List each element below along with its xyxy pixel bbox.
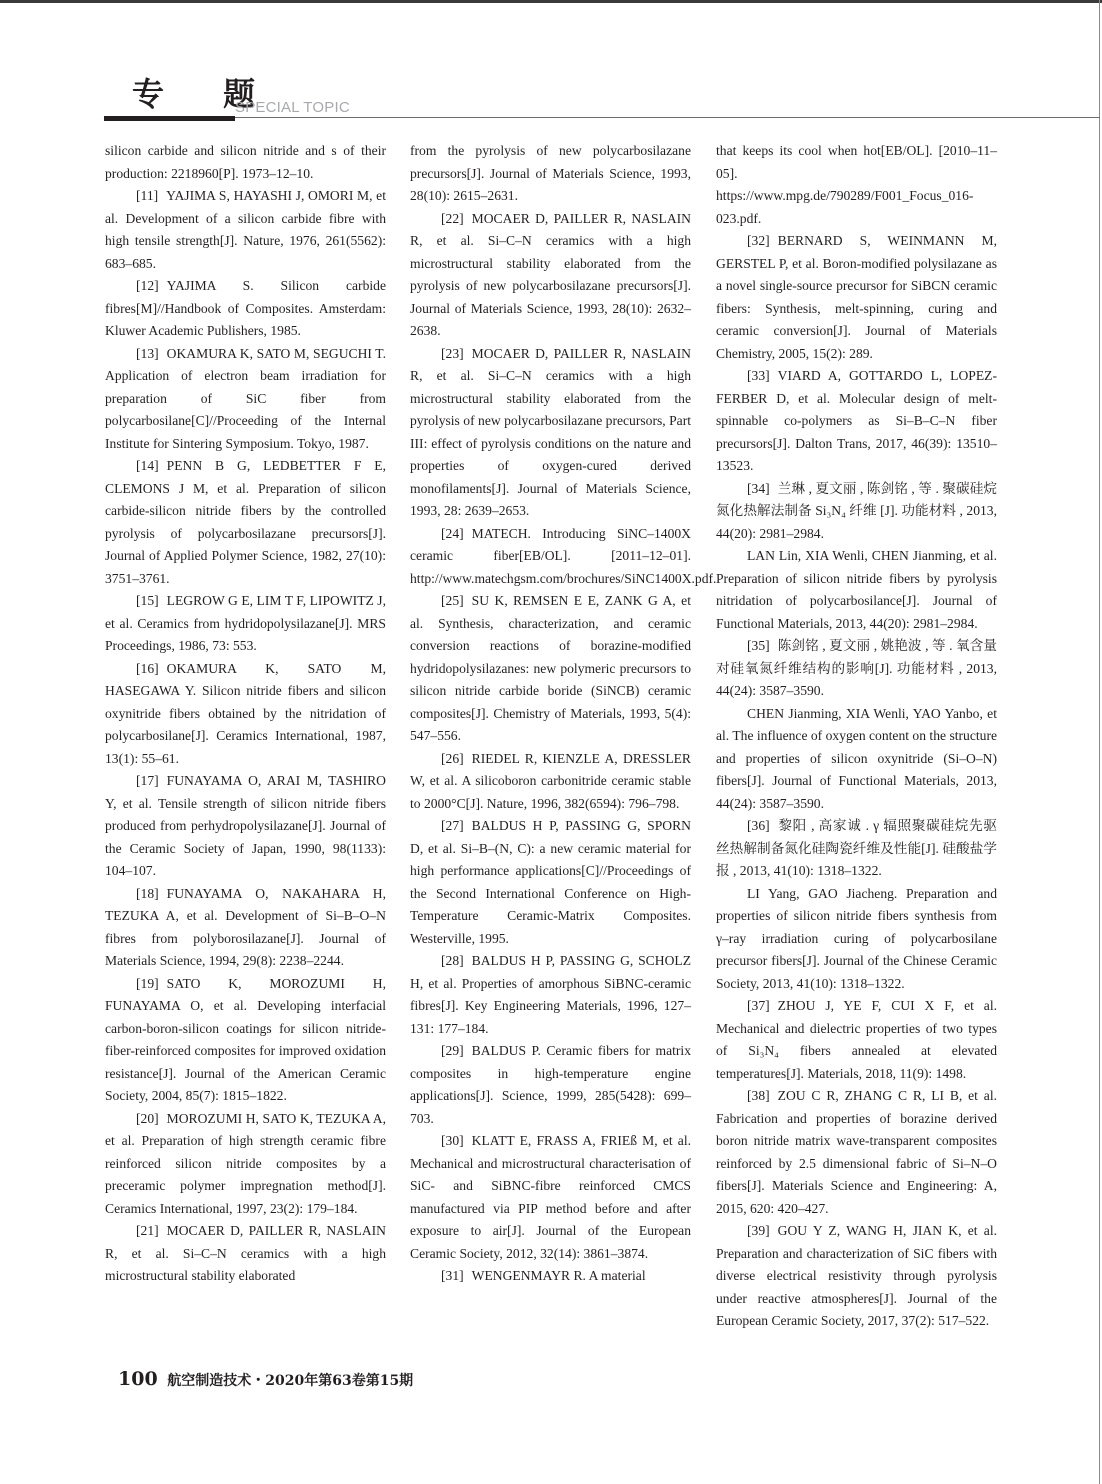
reference-body: MOCAER D, PAILLER R, NASLAIN R, et al. S…: [410, 211, 691, 339]
reference-number: [21]: [136, 1223, 159, 1238]
reference-number: [16]: [136, 661, 159, 676]
reference-text: LI Yang, GAO Jiacheng. Preparation and p…: [716, 883, 997, 996]
reference-number: [39]: [747, 1223, 770, 1238]
reference-body: BERNARD S, WEINMANN M, GERSTEL P, et al.…: [716, 233, 997, 361]
reference-number: [22]: [441, 211, 464, 226]
reference-number: [38]: [747, 1088, 770, 1103]
reference-number: [11]: [136, 188, 158, 203]
reference-body: LI Yang, GAO Jiacheng. Preparation and p…: [716, 886, 997, 991]
journal-issue: 航空制造技术・2020年第63卷第15期: [167, 1373, 413, 1389]
reference-body: OKAMURA K, SATO M, SEGUCHI T. Applicatio…: [105, 346, 386, 451]
reference-text: from the pyrolysis of new polycarbosilaz…: [410, 140, 691, 208]
reference-columns: silicon carbide and silicon nitride and …: [105, 140, 998, 1360]
reference-entry: [35]陈剑铭 , 夏文丽 , 姚艳波 , 等 . 氧含量对硅氧氮纤维结构的影响…: [716, 635, 997, 703]
reference-number: [28]: [441, 953, 464, 968]
reference-entry: [19]SATO K, MOROZUMI H, FUNAYAMA O, et a…: [105, 973, 386, 1108]
reference-text: that keeps its cool when hot[EB/OL]. [20…: [716, 140, 997, 230]
header-rule-thin: [235, 117, 1100, 118]
reference-number: [27]: [441, 818, 464, 833]
section-header: 专 题 SPECIAL TOPIC: [104, 74, 1100, 124]
reference-number: [17]: [136, 773, 159, 788]
reference-body: from the pyrolysis of new polycarbosilaz…: [410, 143, 691, 203]
reference-entry: [17]FUNAYAMA O, ARAI M, TASHIRO Y, et al…: [105, 770, 386, 883]
reference-body: PENN B G, LEDBETTER F E, CLEMONS J M, et…: [105, 458, 386, 586]
reference-number: [36]: [747, 818, 770, 833]
reference-number: [35]: [747, 638, 770, 653]
reference-number: [29]: [441, 1043, 464, 1058]
reference-body: WENGENMAYR R. A material: [472, 1268, 646, 1283]
reference-entry: [39]GOU Y Z, WANG H, JIAN K, et al. Prep…: [716, 1220, 997, 1333]
reference-body: VIARD A, GOTTARDO L, LOPEZ-FERBER D, et …: [716, 368, 997, 473]
section-title-english: SPECIAL TOPIC: [235, 100, 350, 116]
reference-number: [18]: [136, 886, 159, 901]
reference-number: [15]: [136, 593, 159, 608]
reference-entry: [36]黎阳 , 高家诚 . γ 辐照聚碳硅烷先驱丝热解制备氮化硅陶瓷纤维及性能…: [716, 815, 997, 883]
reference-number: [34]: [747, 481, 770, 496]
reference-entry: [33]VIARD A, GOTTARDO L, LOPEZ-FERBER D,…: [716, 365, 997, 478]
reference-number: [14]: [136, 458, 159, 473]
reference-number: [13]: [136, 346, 159, 361]
reference-entry: [38]ZOU C R, ZHANG C R, LI B, et al. Fab…: [716, 1085, 997, 1220]
reference-number: [25]: [441, 593, 464, 608]
page-top-border: [0, 0, 1102, 3]
reference-number: [24]: [441, 526, 464, 541]
reference-body: LAN Lin, XIA Wenli, CHEN Jianming, et al…: [716, 548, 997, 631]
reference-body: MOROZUMI H, SATO K, TEZUKA A, et al. Pre…: [105, 1111, 386, 1216]
reference-entry: [18]FUNAYAMA O, NAKAHARA H, TEZUKA A, et…: [105, 883, 386, 973]
reference-entry: [15]LEGROW G E, LIM T F, LIPOWITZ J, et …: [105, 590, 386, 658]
reference-entry: [14]PENN B G, LEDBETTER F E, CLEMONS J M…: [105, 455, 386, 590]
page-footer: 100 航空制造技术・2020年第63卷第15期: [118, 1368, 413, 1390]
reference-entry: [29]BALDUS P. Ceramic fibers for matrix …: [410, 1040, 691, 1130]
reference-number: [37]: [747, 998, 770, 1013]
reference-body: GOU Y Z, WANG H, JIAN K, et al. Preparat…: [716, 1223, 997, 1328]
reference-number: [32]: [747, 233, 770, 248]
reference-number: [23]: [441, 346, 464, 361]
reference-body: CHEN Jianming, XIA Wenli, YAO Yanbo, et …: [716, 706, 997, 811]
reference-text: CHEN Jianming, XIA Wenli, YAO Yanbo, et …: [716, 703, 997, 816]
reference-entry: [20]MOROZUMI H, SATO K, TEZUKA A, et al.…: [105, 1108, 386, 1221]
reference-number: [19]: [136, 976, 159, 991]
reference-body: BALDUS H P, PASSING G, SPORN D, et al. S…: [410, 818, 691, 946]
reference-body: OKAMURA K, SATO M, HASEGAWA Y. Silicon n…: [105, 661, 386, 766]
reference-entry: [28]BALDUS H P, PASSING G, SCHOLZ H, et …: [410, 950, 691, 1040]
reference-number: [33]: [747, 368, 770, 383]
reference-entry: [21]MOCAER D, PAILLER R, NASLAIN R, et a…: [105, 1220, 386, 1288]
reference-number: [26]: [441, 751, 464, 766]
header-rule-thick: [104, 116, 235, 121]
reference-entry: [34]兰琳 , 夏文丽 , 陈剑铭 , 等 . 聚碳硅烷氮化热解法制备 Si₃…: [716, 478, 997, 546]
reference-entry: [22]MOCAER D, PAILLER R, NASLAIN R, et a…: [410, 208, 691, 343]
reference-text: LAN Lin, XIA Wenli, CHEN Jianming, et al…: [716, 545, 997, 635]
reference-entry: [12]YAJIMA S. Silicon carbide fibres[M]/…: [105, 275, 386, 343]
reference-number: [12]: [136, 278, 159, 293]
reference-entry: [37]ZHOU J, YE F, CUI X F, et al. Mechan…: [716, 995, 997, 1085]
reference-entry: [26]RIEDEL R, KIENZLE A, DRESSLER W, et …: [410, 748, 691, 816]
reference-text: silicon carbide and silicon nitride and …: [105, 140, 386, 185]
page-number: 100: [118, 1368, 158, 1390]
reference-body: KLATT E, FRASS A, FRIEß M, et al. Mechan…: [410, 1133, 691, 1261]
reference-body: SU K, REMSEN E E, ZANK G A, et al. Synth…: [410, 593, 691, 743]
reference-number: [20]: [136, 1111, 159, 1126]
reference-body: FUNAYAMA O, ARAI M, TASHIRO Y, et al. Te…: [105, 773, 386, 878]
reference-column-3: that keeps its cool when hot[EB/OL]. [20…: [716, 140, 997, 1333]
reference-entry: [32]BERNARD S, WEINMANN M, GERSTEL P, et…: [716, 230, 997, 365]
reference-entry: [31]WENGENMAYR R. A material: [410, 1265, 691, 1288]
reference-entry: [24]MATECH. Introducing SiNC–1400X ceram…: [410, 523, 691, 591]
reference-number: [31]: [441, 1268, 464, 1283]
reference-body: MOCAER D, PAILLER R, NASLAIN R, et al. S…: [410, 346, 691, 519]
reference-body: SATO K, MOROZUMI H, FUNAYAMA O, et al. D…: [105, 976, 386, 1104]
reference-number: [30]: [441, 1133, 464, 1148]
reference-entry: [25]SU K, REMSEN E E, ZANK G A, et al. S…: [410, 590, 691, 748]
reference-body: that keeps its cool when hot[EB/OL]. [20…: [716, 143, 997, 226]
reference-column-2: from the pyrolysis of new polycarbosilaz…: [410, 140, 691, 1288]
page-right-border: [1099, 0, 1100, 1484]
reference-entry: [16]OKAMURA K, SATO M, HASEGAWA Y. Silic…: [105, 658, 386, 771]
reference-entry: [30]KLATT E, FRASS A, FRIEß M, et al. Me…: [410, 1130, 691, 1265]
reference-entry: [13]OKAMURA K, SATO M, SEGUCHI T. Applic…: [105, 343, 386, 456]
reference-entry: [27]BALDUS H P, PASSING G, SPORN D, et a…: [410, 815, 691, 950]
reference-entry: [23]MOCAER D, PAILLER R, NASLAIN R, et a…: [410, 343, 691, 523]
reference-column-1: silicon carbide and silicon nitride and …: [105, 140, 386, 1288]
reference-body: ZOU C R, ZHANG C R, LI B, et al. Fabrica…: [716, 1088, 997, 1216]
reference-entry: [11]YAJIMA S, HAYASHI J, OMORI M, et al.…: [105, 185, 386, 275]
reference-body: silicon carbide and silicon nitride and …: [105, 143, 386, 181]
